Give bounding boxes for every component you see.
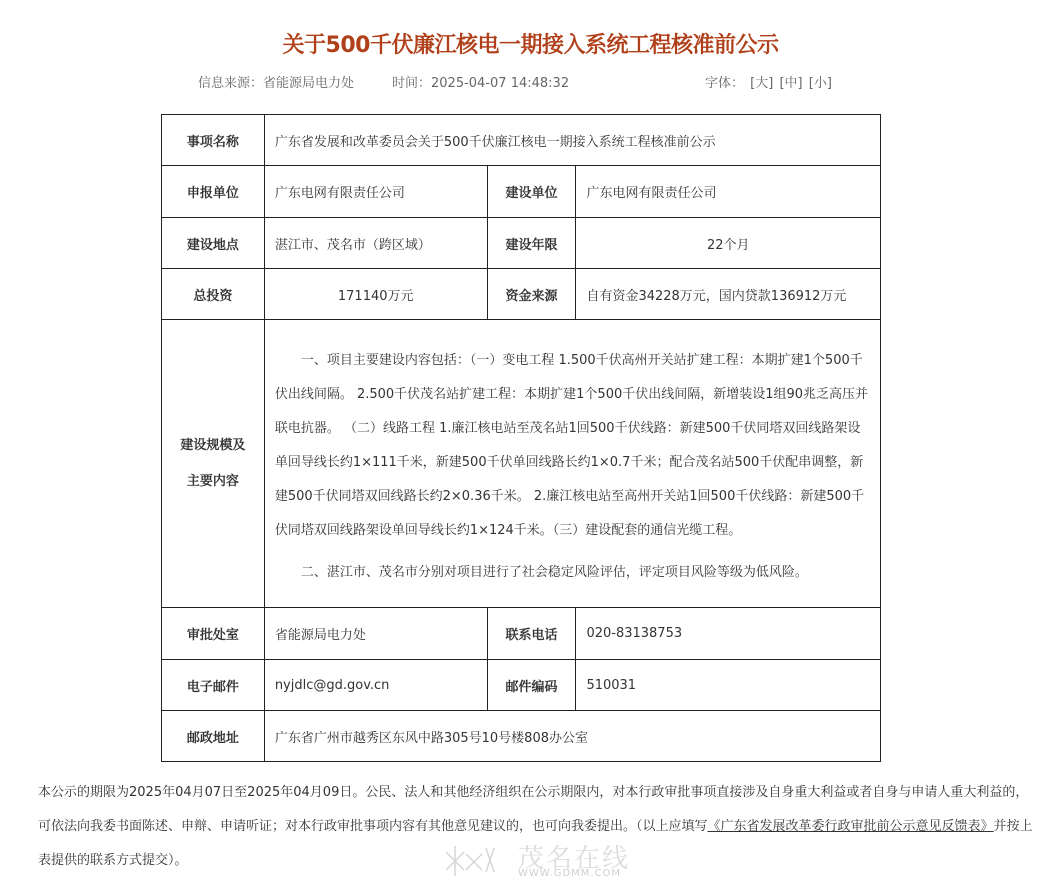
table-row: 事项名称 广东省发展和改革委员会关于500千伏廉江核电一期接入系统工程核准前公示 <box>162 115 881 166</box>
info-source-label: 信息来源： <box>198 76 263 91</box>
item-name-value: 广东省发展和改革委员会关于500千伏廉江核电一期接入系统工程核准前公示 <box>264 115 880 166</box>
postcode-label: 邮件编码 <box>487 660 576 711</box>
investment-label: 总投资 <box>162 269 265 320</box>
scope-label-line2: 主要内容 <box>162 464 264 500</box>
font-size-large-button[interactable]: [大] <box>750 76 773 91</box>
project-info-table: 事项名称 广东省发展和改革委员会关于500千伏廉江核电一期接入系统工程核准前公示… <box>161 114 881 762</box>
scope-label-line1: 建设规模及 <box>162 428 264 464</box>
approval-office-label: 审批处室 <box>162 608 265 660</box>
info-source: 信息来源：省能源局电力处 <box>198 72 354 91</box>
location-label: 建设地点 <box>162 218 265 269</box>
font-size-label: 字体： <box>705 76 744 91</box>
duration-label: 建设年限 <box>487 218 576 269</box>
info-source-value: 省能源局电力处 <box>263 76 354 91</box>
applicant-value: 广东电网有限责任公司 <box>264 166 487 218</box>
table-row: 总投资 171140万元 资金来源 自有资金34228万元，国内贷款136912… <box>162 269 881 320</box>
email-label: 电子邮件 <box>162 660 265 711</box>
phone-label: 联系电话 <box>487 608 576 660</box>
scope-content: 一、项目主要建设内容包括：（一）变电工程 1.500千伏高州开关站扩建工程：本期… <box>264 320 880 608</box>
table-row: 建设地点 湛江市、茂名市（跨区域） 建设年限 22个月 <box>162 218 881 269</box>
builder-value: 广东电网有限责任公司 <box>576 166 881 218</box>
builder-label: 建设单位 <box>487 166 576 218</box>
scope-paragraph-2: 二、湛江市、茂名市分别对项目进行了社会稳定风险评估，评定项目风险等级为低风险。 <box>275 556 870 590</box>
applicant-label: 申报单位 <box>162 166 265 218</box>
table-row: 电子邮件 nyjdlc@gd.gov.cn 邮件编码 510031 <box>162 660 881 711</box>
investment-value: 171140万元 <box>264 269 487 320</box>
font-size-switcher: 字体： [大] [中] [小] <box>705 72 832 91</box>
notice-footer: 本公示的期限为2025年04月07日至2025年04月09日。公民、法人和其他经… <box>8 776 1038 878</box>
address-value: 广东省广州市越秀区东风中路305号10号楼808办公室 <box>264 711 880 762</box>
location-value: 湛江市、茂名市（跨区域） <box>264 218 487 269</box>
table-row: 审批处室 省能源局电力处 联系电话 020-83138753 <box>162 608 881 660</box>
scope-paragraph-1: 一、项目主要建设内容包括：（一）变电工程 1.500千伏高州开关站扩建工程：本期… <box>275 344 870 548</box>
publish-time: 时间：2025-04-07 14:48:32 <box>392 72 569 91</box>
funding-value: 自有资金34228万元，国内贷款136912万元 <box>576 269 881 320</box>
publish-time-value: 2025-04-07 14:48:32 <box>431 76 569 91</box>
address-label: 邮政地址 <box>162 711 265 762</box>
font-size-small-button[interactable]: [小] <box>809 76 832 91</box>
duration-value: 22个月 <box>576 218 881 269</box>
publish-time-label: 时间： <box>392 76 431 91</box>
email-value: nyjdlc@gd.gov.cn <box>264 660 487 711</box>
phone-value: 020-83138753 <box>576 608 881 660</box>
font-size-medium-button[interactable]: [中] <box>779 76 802 91</box>
funding-label: 资金来源 <box>487 269 576 320</box>
table-row: 建设规模及 主要内容 一、项目主要建设内容包括：（一）变电工程 1.500千伏高… <box>162 320 881 608</box>
item-name-label: 事项名称 <box>162 115 265 166</box>
table-row: 邮政地址 广东省广州市越秀区东风中路305号10号楼808办公室 <box>162 711 881 762</box>
scope-label: 建设规模及 主要内容 <box>162 320 265 608</box>
postcode-value: 510031 <box>576 660 881 711</box>
table-row: 申报单位 广东电网有限责任公司 建设单位 广东电网有限责任公司 <box>162 166 881 218</box>
feedback-form-link[interactable]: 《广东省发展改革委行政审批前公示意见反馈表》 <box>708 819 994 834</box>
approval-office-value: 省能源局电力处 <box>264 608 487 660</box>
page-title: 关于500千伏廉江核电一期接入系统工程核准前公示 <box>0 28 1061 59</box>
